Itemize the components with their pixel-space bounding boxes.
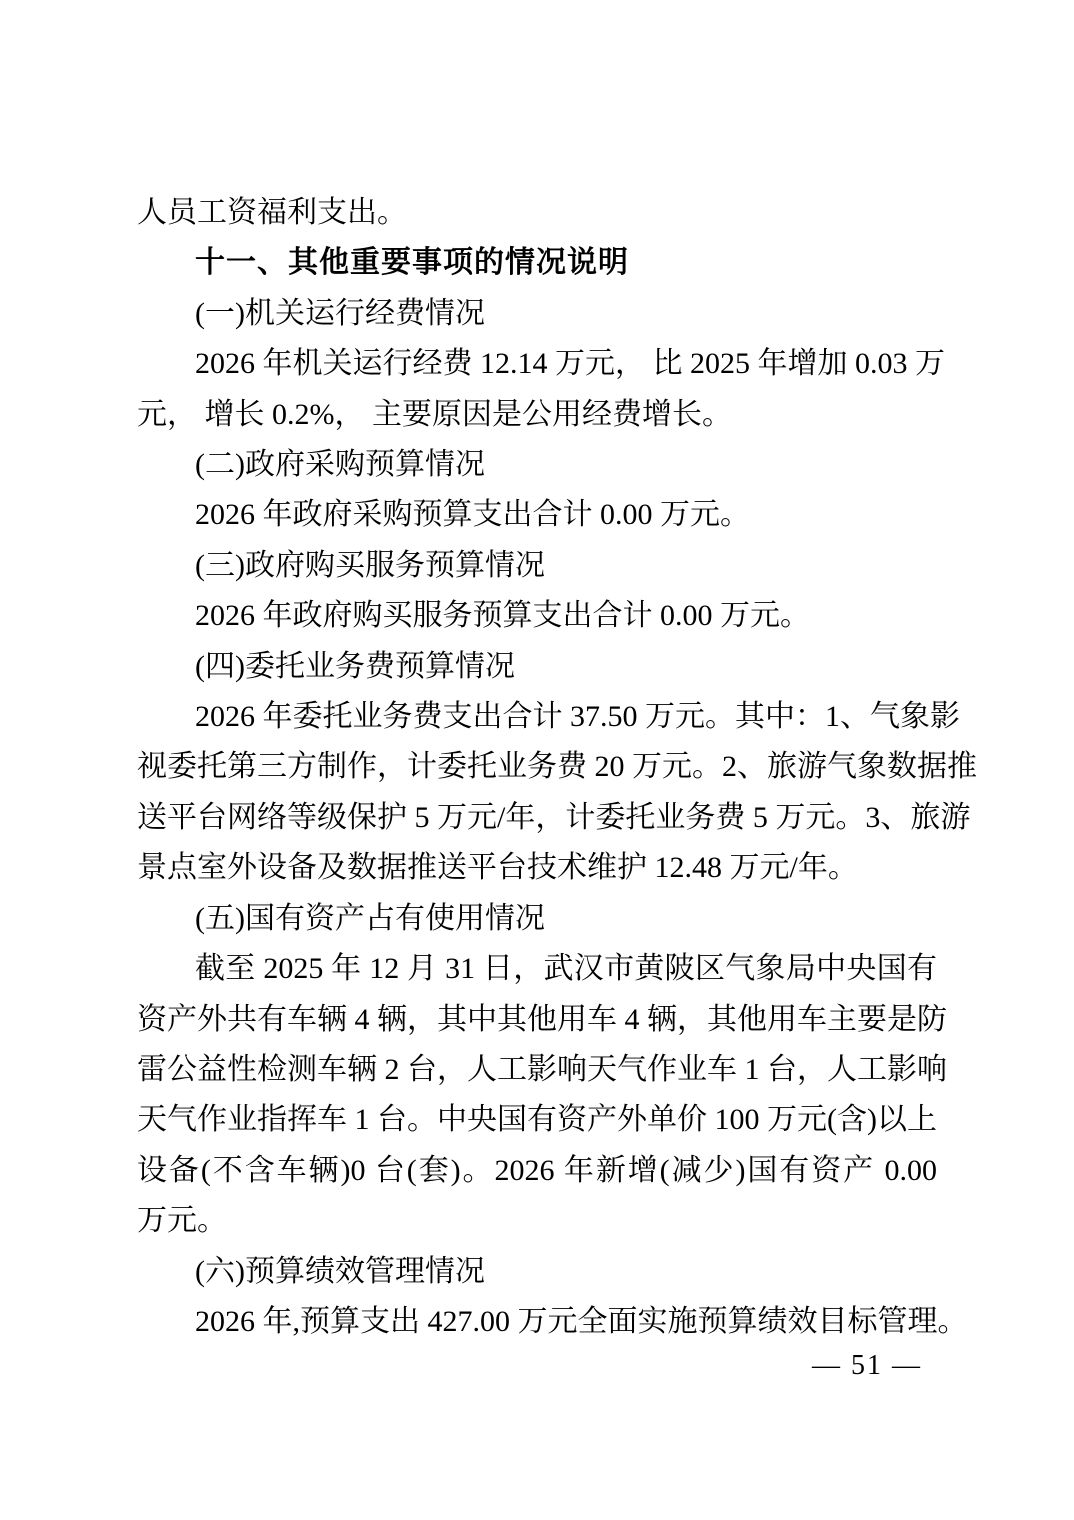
paragraph-line: 万元。 <box>137 1196 937 1246</box>
body-text: 人员工资福利支出。 十一、其他重要事项的情况说明 (一)机关运行经费情况 202… <box>137 188 937 1347</box>
paragraph-line: 资产外共有车辆 4 辆，其中其他用车 4 辆，其他用车主要是防 <box>137 995 937 1045</box>
subsection-heading-6: (六)预算绩效管理情况 <box>137 1247 937 1297</box>
paragraph-line: 2026 年委托业务费支出合计 37.50 万元。其中：1、气象影 <box>137 692 937 742</box>
subsection-heading-2: (二)政府采购预算情况 <box>137 440 937 490</box>
paragraph-line: 截至 2025 年 12 月 31 日，武汉市黄陂区气象局中央国有 <box>137 944 937 994</box>
paragraph-line: 景点室外设备及数据推送平台技术维护 12.48 万元/年。 <box>137 843 937 893</box>
paragraph-line: 设备(不含车辆)0 台(套)。2026 年新增(减少)国有资产 0.00 <box>137 1146 937 1196</box>
paragraph-line: 2026 年政府购买服务预算支出合计 0.00 万元。 <box>137 591 937 641</box>
paragraph-line-continuation: 人员工资福利支出。 <box>137 188 937 238</box>
paragraph-line: 2026 年政府采购预算支出合计 0.00 万元。 <box>137 490 937 540</box>
paragraph-line: 天气作业指挥车 1 台。中央国有资产外单价 100 万元(含)以上 <box>137 1095 937 1145</box>
paragraph-line: 2026 年,预算支出 427.00 万元全面实施预算绩效目标管理。 <box>137 1297 937 1347</box>
section-heading: 十一、其他重要事项的情况说明 <box>137 238 937 288</box>
paragraph-line: 元， 增长 0.2%， 主要原因是公用经费增长。 <box>137 390 937 440</box>
paragraph-line: 2026 年机关运行经费 12.14 万元， 比 2025 年增加 0.03 万 <box>137 339 937 389</box>
paragraph-line: 视委托第三方制作，计委托业务费 20 万元。2、旅游气象数据推 <box>137 742 937 792</box>
subsection-heading-3: (三)政府购买服务预算情况 <box>137 541 937 591</box>
subsection-heading-4: (四)委托业务费预算情况 <box>137 642 937 692</box>
paragraph-line: 雷公益性检测车辆 2 台，人工影响天气作业车 1 台，人工影响 <box>137 1045 937 1095</box>
page-number: — 51 — <box>812 1350 922 1382</box>
paragraph-line: 送平台网络等级保护 5 万元/年，计委托业务费 5 万元。3、旅游 <box>137 793 937 843</box>
subsection-heading-5: (五)国有资产占有使用情况 <box>137 894 937 944</box>
document-page: 人员工资福利支出。 十一、其他重要事项的情况说明 (一)机关运行经费情况 202… <box>0 0 1074 1520</box>
subsection-heading-1: (一)机关运行经费情况 <box>137 289 937 339</box>
